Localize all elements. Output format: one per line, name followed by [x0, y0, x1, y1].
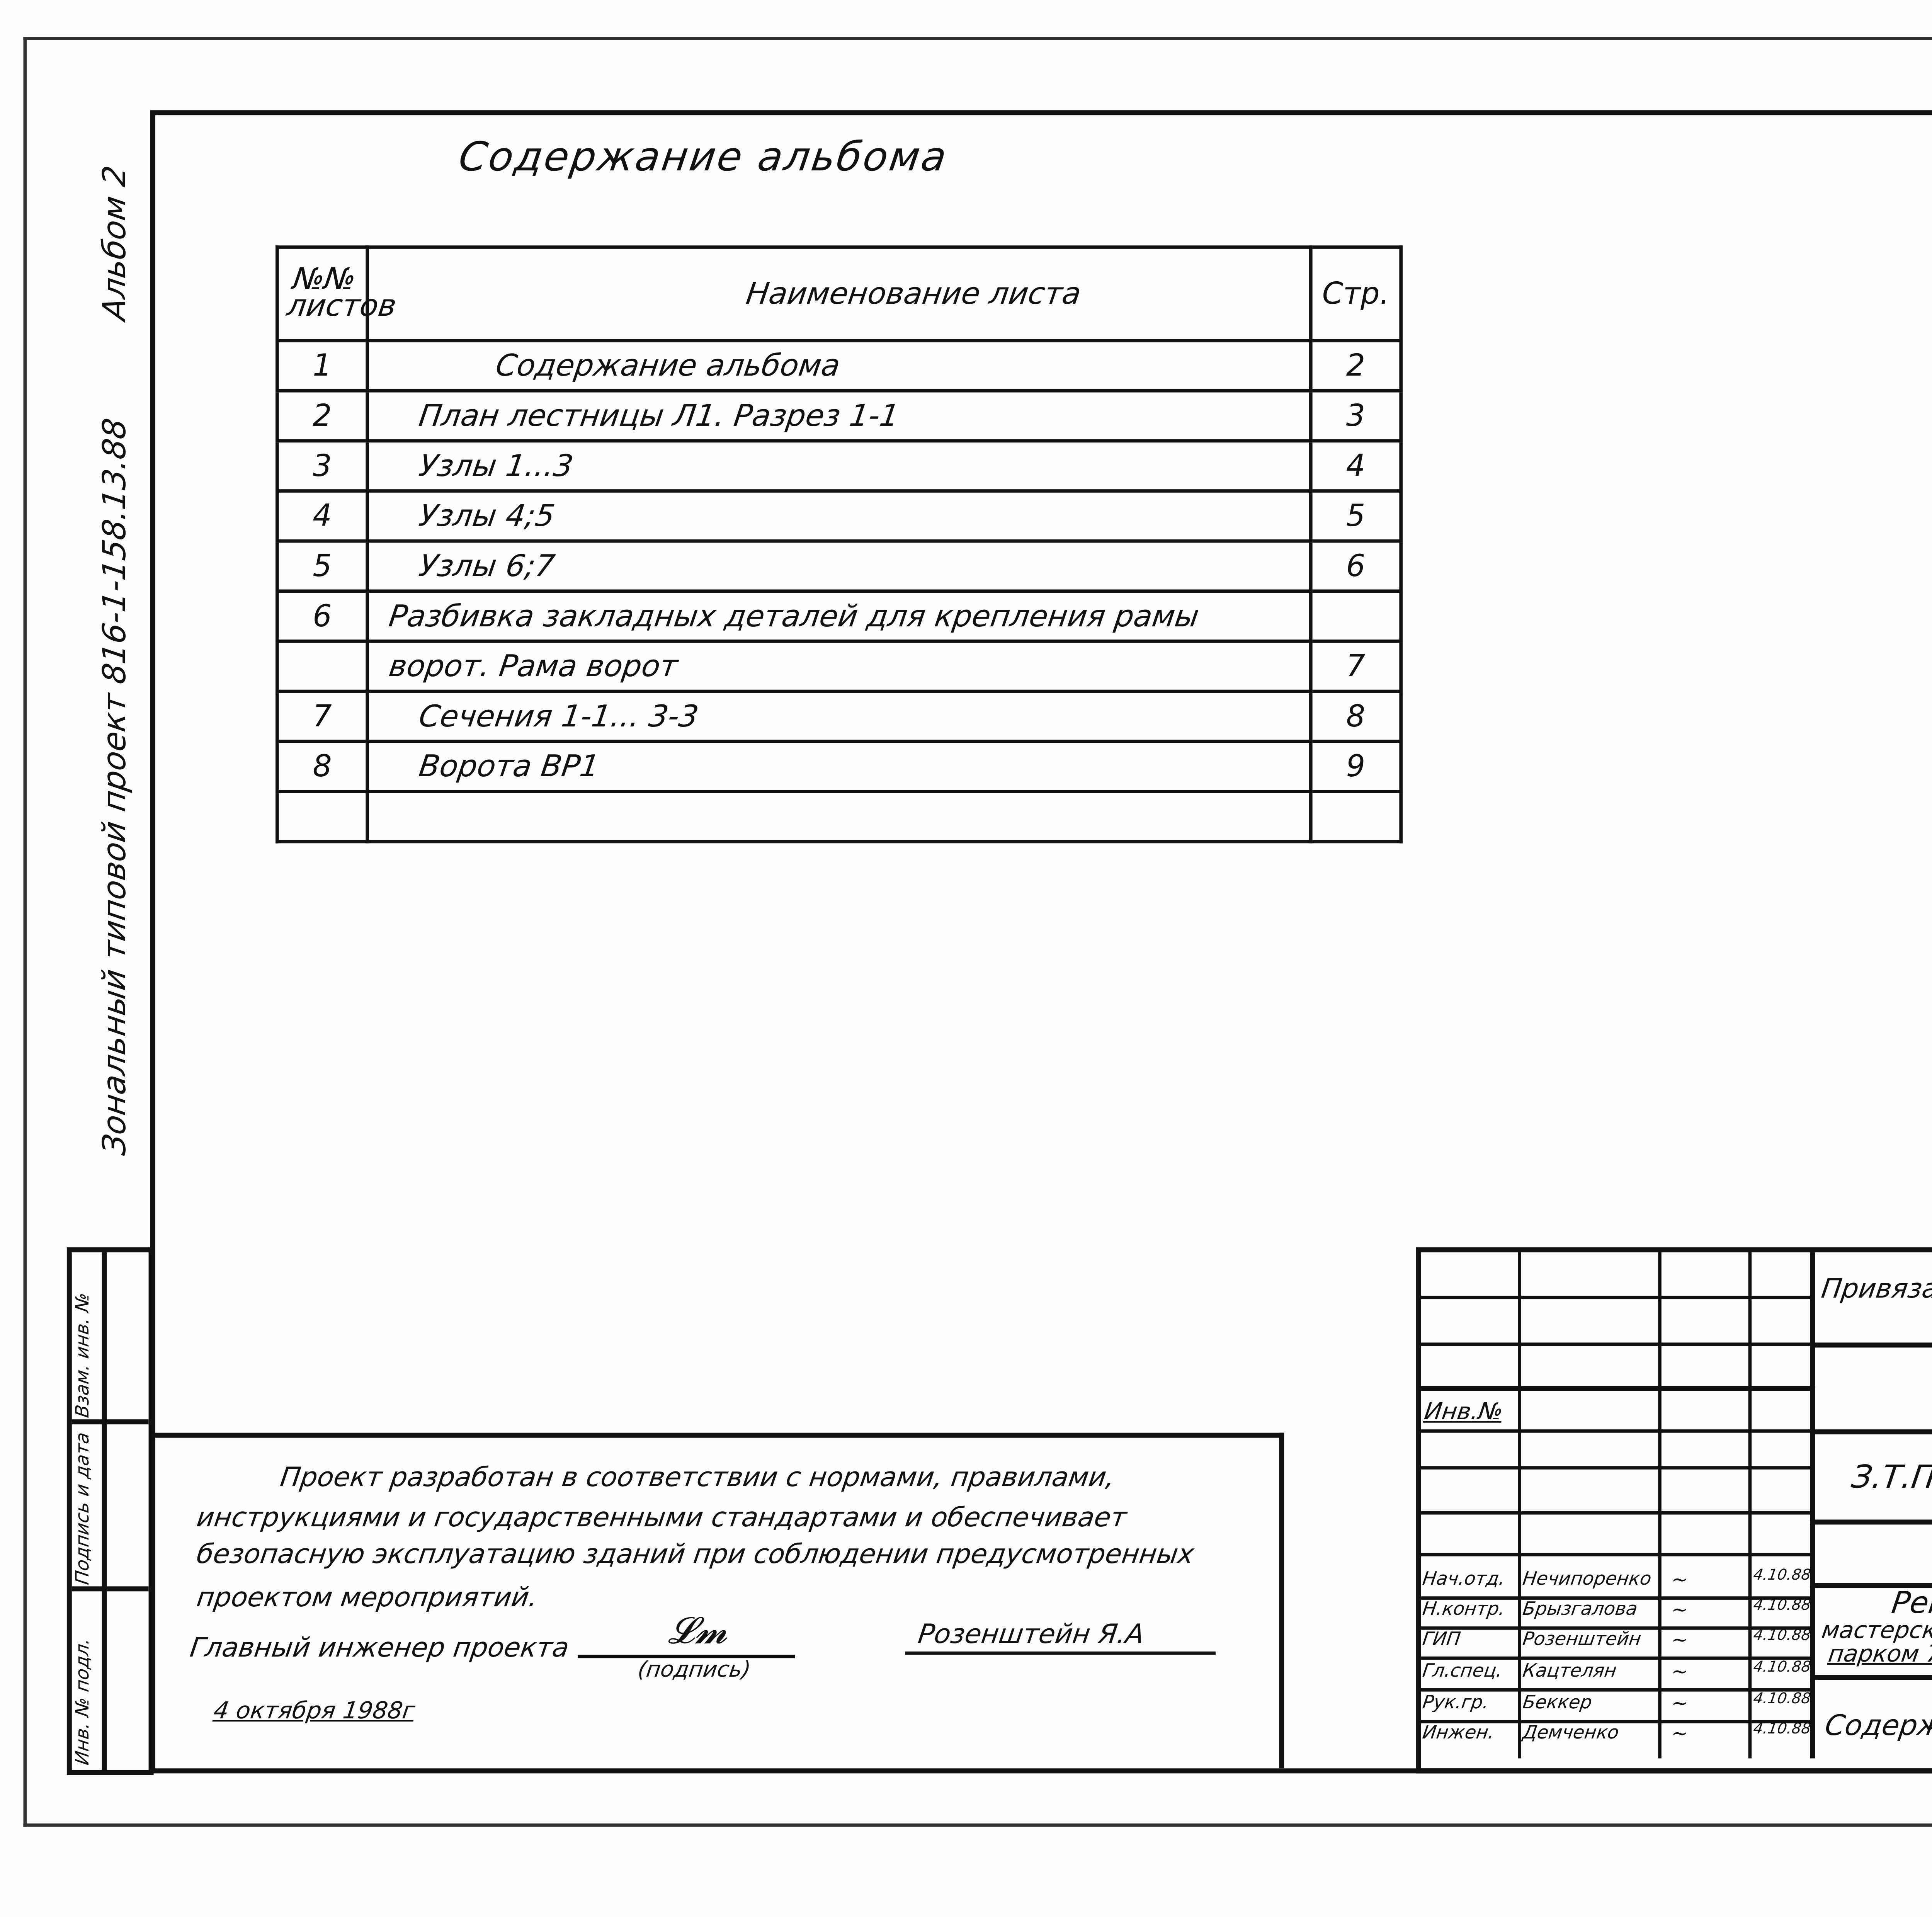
signature-line: [578, 1655, 795, 1658]
left-margin-stamp: Инв. № подл. Подпись и дата Взам. инв. №: [67, 1247, 154, 1775]
signer-date: 4.10.88: [1752, 1660, 1812, 1676]
sheet-name-cell: Узлы 6;7: [367, 541, 1311, 591]
signer-date: 4.10.88: [1752, 1628, 1812, 1645]
inv-label: Инв.№: [1422, 1399, 1504, 1426]
linked-label: Привязан: [1820, 1272, 1932, 1304]
page-number-cell: 9: [1310, 742, 1401, 792]
signer-role: Гл.спец.: [1421, 1660, 1504, 1681]
signer-role: ГИП: [1421, 1628, 1462, 1650]
chief-engineer-label: Главный инженер проекта: [188, 1631, 571, 1663]
stamp-cell-vzam-inv: Взам. инв. №: [72, 1291, 94, 1419]
sheet-number-cell: 2: [277, 391, 367, 441]
sheet-name-cell: Разбивка закладных деталей для крепления…: [367, 591, 1311, 641]
page-number-cell: [1310, 591, 1401, 641]
signer-signature-mark: ~: [1670, 1568, 1690, 1591]
table-row: 7Сечения 1-1... 3-38: [277, 691, 1401, 742]
signer-date: 4.10.88: [1752, 1568, 1812, 1585]
compliance-note: Проект разработан в соответствии с норма…: [150, 1433, 1284, 1769]
title-block: Привязан Инв.№ З.Т.П.816-1-158.13-88 АР …: [1416, 1247, 1932, 1773]
signer-name: Брызгалова: [1521, 1598, 1639, 1620]
sheet-number-cell: [277, 641, 367, 691]
sheet-name-cell: [367, 791, 1311, 842]
header-num: №№ листов: [277, 247, 367, 341]
signer-role: Нач.отд.: [1421, 1568, 1507, 1590]
document-code: З.Т.П.816-1-158.13-88: [1849, 1459, 1932, 1496]
sheet-title: Содержание альбома: [1823, 1710, 1932, 1743]
table-row: 4Узлы 4;55: [277, 491, 1401, 541]
page-number-cell: 4: [1310, 441, 1401, 491]
page-number-cell: 8: [1310, 691, 1401, 742]
signer-signature-mark: ~: [1670, 1598, 1690, 1621]
table-row: 8Ворота ВР19: [277, 742, 1401, 792]
table-row: 2План лестницы Л1. Разрез 1-13: [277, 391, 1401, 441]
signer-name: Нечипоренко: [1521, 1568, 1653, 1590]
table-row: ворот. Рама ворот7: [277, 641, 1401, 691]
table-row: 6Разбивка закладных деталей для креплени…: [277, 591, 1401, 641]
sheet-name-cell: Сечения 1-1... 3-3: [367, 691, 1311, 742]
project-name-line-3: парком 75 тракторов: [1827, 1641, 1932, 1668]
signer-role: Рук.гр.: [1421, 1692, 1490, 1713]
header-name: Наименование листа: [367, 247, 1311, 341]
project-name-line-1: Ремонтная: [1889, 1586, 1932, 1621]
table-row: 3Узлы 1...34: [277, 441, 1401, 491]
note-line-2: инструкциями и государственными стандарт…: [195, 1501, 1129, 1533]
album-caption-vertical: Альбом 2: [97, 163, 134, 323]
sheet-name-cell: Узлы 4;5: [367, 491, 1311, 541]
table-header-row: №№ листов Наименование листа Стр.: [277, 247, 1401, 341]
signer-name: Кацтелян: [1521, 1660, 1618, 1681]
signature-caption: (подпись): [636, 1658, 752, 1683]
signer-signature-mark: ~: [1670, 1692, 1690, 1715]
sheet-number-cell: 5: [277, 541, 367, 591]
sheet-number-cell: [277, 791, 367, 842]
sheet-number-cell: 3: [277, 441, 367, 491]
contents-table: №№ листов Наименование листа Стр. 1Содер…: [276, 245, 1403, 843]
table-row: 1Содержание альбома2: [277, 341, 1401, 391]
project-name-line-2: мастерская для хозяйств с: [1820, 1618, 1932, 1645]
stamp-cell-signature-date: Подпись и дата: [72, 1431, 94, 1586]
page-number-cell: 7: [1310, 641, 1401, 691]
signer-date: 4.10.88: [1752, 1692, 1812, 1708]
sheet-number-cell: 8: [277, 742, 367, 792]
signer-signature-mark: ~: [1670, 1721, 1690, 1745]
stamp-cell-inv-podl: Инв. № подл.: [72, 1636, 94, 1766]
signer-date: 4.10.88: [1752, 1598, 1812, 1615]
sheet-number-cell: 6: [277, 591, 367, 641]
signer-name: Розенштейн: [1521, 1628, 1643, 1650]
signer-date: 4.10.88: [1752, 1721, 1812, 1738]
project-caption-vertical: Зональный типовой проект 816-1-158.13.88: [97, 416, 134, 1157]
sheet-name-cell: ворот. Рама ворот: [367, 641, 1311, 691]
header-page: Стр.: [1310, 247, 1401, 341]
sheet-number-cell: 1: [277, 341, 367, 391]
chief-engineer-name: Розенштейн Я.А: [916, 1618, 1146, 1650]
page-number-cell: [1310, 791, 1401, 842]
sheet-name-cell: Ворота ВР1: [367, 742, 1311, 792]
signer-name: Беккер: [1521, 1692, 1594, 1713]
signer-role: Инжен.: [1421, 1721, 1496, 1743]
table-row: 5Узлы 6;76: [277, 541, 1401, 591]
note-date: 4 октября 1988г: [212, 1698, 417, 1725]
name-underline: [905, 1652, 1216, 1655]
sheet-name-cell: Узлы 1...3: [367, 441, 1311, 491]
page-number-cell: 2: [1310, 341, 1401, 391]
note-line-1: Проект разработан в соответствии с норма…: [278, 1461, 1117, 1493]
page-number-cell: 5: [1310, 491, 1401, 541]
signer-signature-mark: ~: [1670, 1628, 1690, 1651]
table-row: [277, 791, 1401, 842]
signature-mark: 𝓛𝓶: [668, 1611, 728, 1653]
note-line-3: безопасную эксплуатацию зданий при соблю…: [195, 1538, 1196, 1570]
sheet-name-cell: Содержание альбома: [367, 341, 1311, 391]
signer-name: Демченко: [1521, 1721, 1620, 1743]
sheet-name-cell: План лестницы Л1. Разрез 1-1: [367, 391, 1311, 441]
signer-role: Н.контр.: [1421, 1598, 1507, 1620]
sheet-number-cell: 4: [277, 491, 367, 541]
page-title: Содержание альбома: [456, 134, 951, 180]
page-number-cell: 6: [1310, 541, 1401, 591]
drawing-sheet: 2 Зональный типовой проект 816-1-158.13.…: [0, 0, 1932, 1917]
sheet-number-cell: 7: [277, 691, 367, 742]
page-number-cell: 3: [1310, 391, 1401, 441]
note-line-4: проектом мероприятий.: [195, 1581, 540, 1613]
signer-signature-mark: ~: [1670, 1660, 1690, 1683]
